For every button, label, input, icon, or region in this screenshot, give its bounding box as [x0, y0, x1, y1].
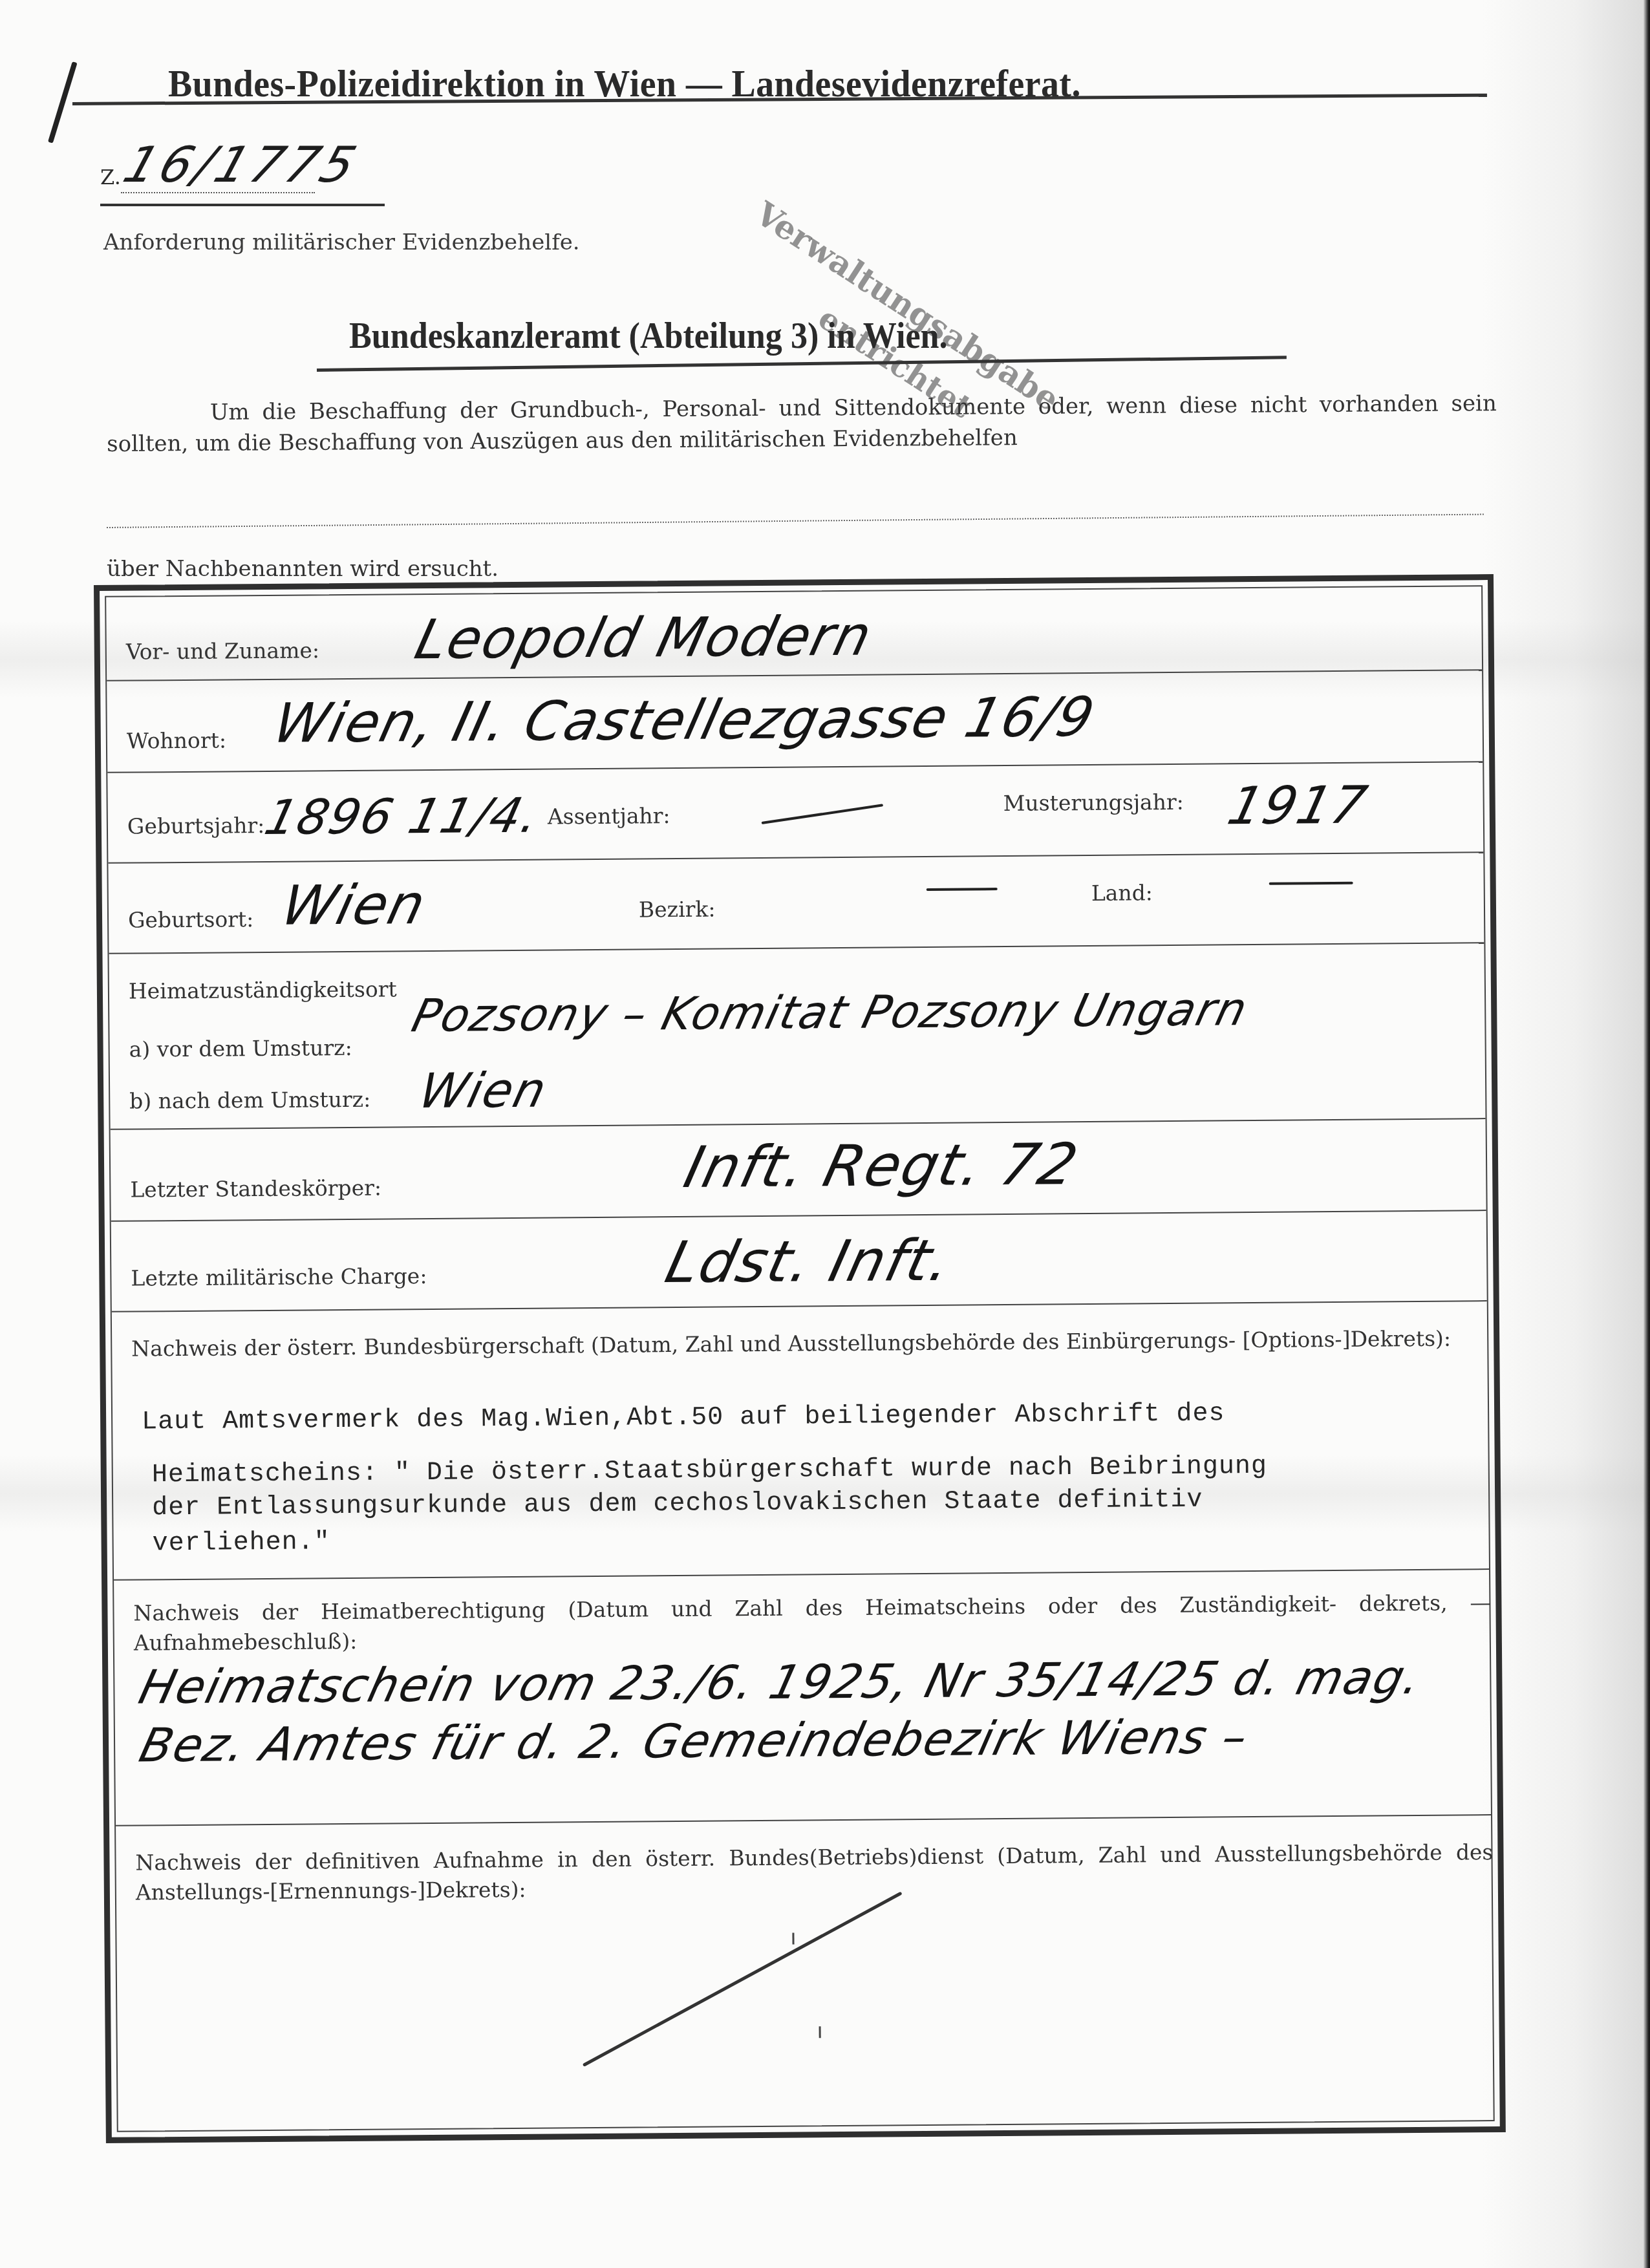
pen-mark — [792, 1933, 794, 1945]
strike-through-line — [583, 1892, 903, 2067]
country-dash — [1269, 882, 1353, 885]
residence-value: Wien, II. Castellezgasse 16/9 — [268, 685, 1102, 755]
citizenship-typed-line: der Entlassungsurkunde aus dem cechoslov… — [152, 1486, 1203, 1523]
birthplace-value: Wien — [275, 873, 433, 937]
citizenship-typed-line: Laut Amtsvermerk des Mag.Wien,Abt.50 auf… — [142, 1399, 1225, 1437]
birth-year-value: 1896 11/4. — [259, 788, 545, 846]
form-row-last-rank: Letzte militärische Charge: Ldst. Inft. — [111, 1210, 1487, 1312]
form-row-service: Nachweis der definitiven Aufnahme in den… — [116, 1814, 1494, 2135]
form-row-citizenship: Nachweis der österr. Bundesbürgerschaft … — [112, 1300, 1489, 1581]
form-row-name: Vor- und Zuname: Leopold Modern — [106, 586, 1482, 681]
assent-year-label: Assentjahr: — [548, 803, 670, 829]
form-row-years: Geburtsjahr: 1896 11/4. Assentjahr: Must… — [107, 761, 1483, 864]
ref-rule — [100, 204, 385, 206]
request-paragraph: Um die Beschaffung der Grundbuch-, Perso… — [107, 388, 1497, 460]
district-dash — [927, 888, 998, 891]
form-row-residence: Wohnort: Wien, II. Castellezgasse 16/9 — [107, 669, 1483, 773]
form-row-home-entitlement: Nachweis der Heimatberechtigung (Datum u… — [114, 1568, 1491, 1826]
personal-data-form: Vor- und Zuname: Leopold Modern Wohnort:… — [94, 574, 1506, 2143]
page-edge-shadow — [1482, 0, 1650, 2268]
service-label: Nachweis der definitiven Aufnahme in den… — [135, 1837, 1494, 1907]
citizenship-label: Nachweis der österr. Bundesbürgerschaft … — [131, 1323, 1489, 1364]
name-label: Vor- und Zuname: — [126, 637, 320, 664]
home-entitlement-value-line1: Heimatschein vom 23./6. 1925, Nr 35/14/2… — [134, 1650, 1428, 1715]
form-row-last-unit: Letzter Standeskörper: Inft. Regt. 72 — [111, 1118, 1486, 1222]
before-collapse-value: Pozsony – Komitat Pozsony Ungarn — [407, 983, 1253, 1042]
muster-year-label: Musterungsjahr: — [1003, 789, 1184, 816]
country-label: Land: — [1091, 880, 1153, 906]
after-collapse-label: b) nach dem Umsturz: — [129, 1087, 370, 1114]
last-rank-label: Letzte militärische Charge: — [131, 1263, 427, 1291]
assent-year-dash — [762, 804, 884, 824]
home-jurisdiction-label: Heimatzuständigkeitsort — [129, 976, 397, 1003]
ref-number-handwritten: 16/1775 — [117, 136, 367, 193]
district-label: Bezirk: — [639, 896, 716, 922]
ref-dotted-line — [121, 192, 315, 193]
form-row-birthplace: Geburtsort: Wien Bezirk: Land: — [108, 851, 1484, 954]
last-unit-value: Inft. Regt. 72 — [678, 1131, 1086, 1201]
pen-mark — [819, 2026, 821, 2038]
home-entitlement-value-line2: Bez. Amtes für d. 2. Gemeindebezirk Wien… — [134, 1709, 1254, 1773]
after-collapse-value: Wien — [414, 1062, 553, 1119]
birthplace-label: Geburtsort: — [128, 906, 254, 933]
name-value: Leopold Modern — [409, 604, 879, 671]
request-ending: über Nachbenannten wird ersucht. — [107, 556, 498, 582]
residence-label: Wohnort: — [127, 727, 226, 753]
ref-prefix: Z. — [100, 165, 121, 189]
before-collapse-label: a) vor dem Umsturz: — [129, 1035, 352, 1062]
citizenship-typed-line: verliehen." — [152, 1528, 330, 1558]
addressee-title: Bundeskanzleramt (Abteilung 3) in Wien. — [349, 316, 948, 357]
birth-year-label: Geburtsjahr: — [127, 813, 265, 839]
reference-number: Z. 16/1775 — [100, 139, 378, 197]
citizenship-typed-line: Heimatscheins: " Die österr.Staatsbürger… — [152, 1452, 1268, 1490]
home-entitlement-label: Nachweis der Heimatberechtigung (Datum u… — [133, 1588, 1492, 1658]
document-subject: Anforderung militärischer Evidenzbehelfe… — [103, 230, 580, 255]
muster-year-value: 1917 — [1223, 775, 1374, 836]
last-rank-value: Ldst. Inft. — [659, 1227, 959, 1296]
last-unit-label: Letzter Standeskörper: — [130, 1175, 381, 1203]
form-row-home-jurisdiction: Heimatzuständigkeitsort a) vor dem Umstu… — [109, 942, 1485, 1130]
form-inner-frame: Vor- und Zuname: Leopold Modern Wohnort:… — [105, 585, 1495, 2132]
